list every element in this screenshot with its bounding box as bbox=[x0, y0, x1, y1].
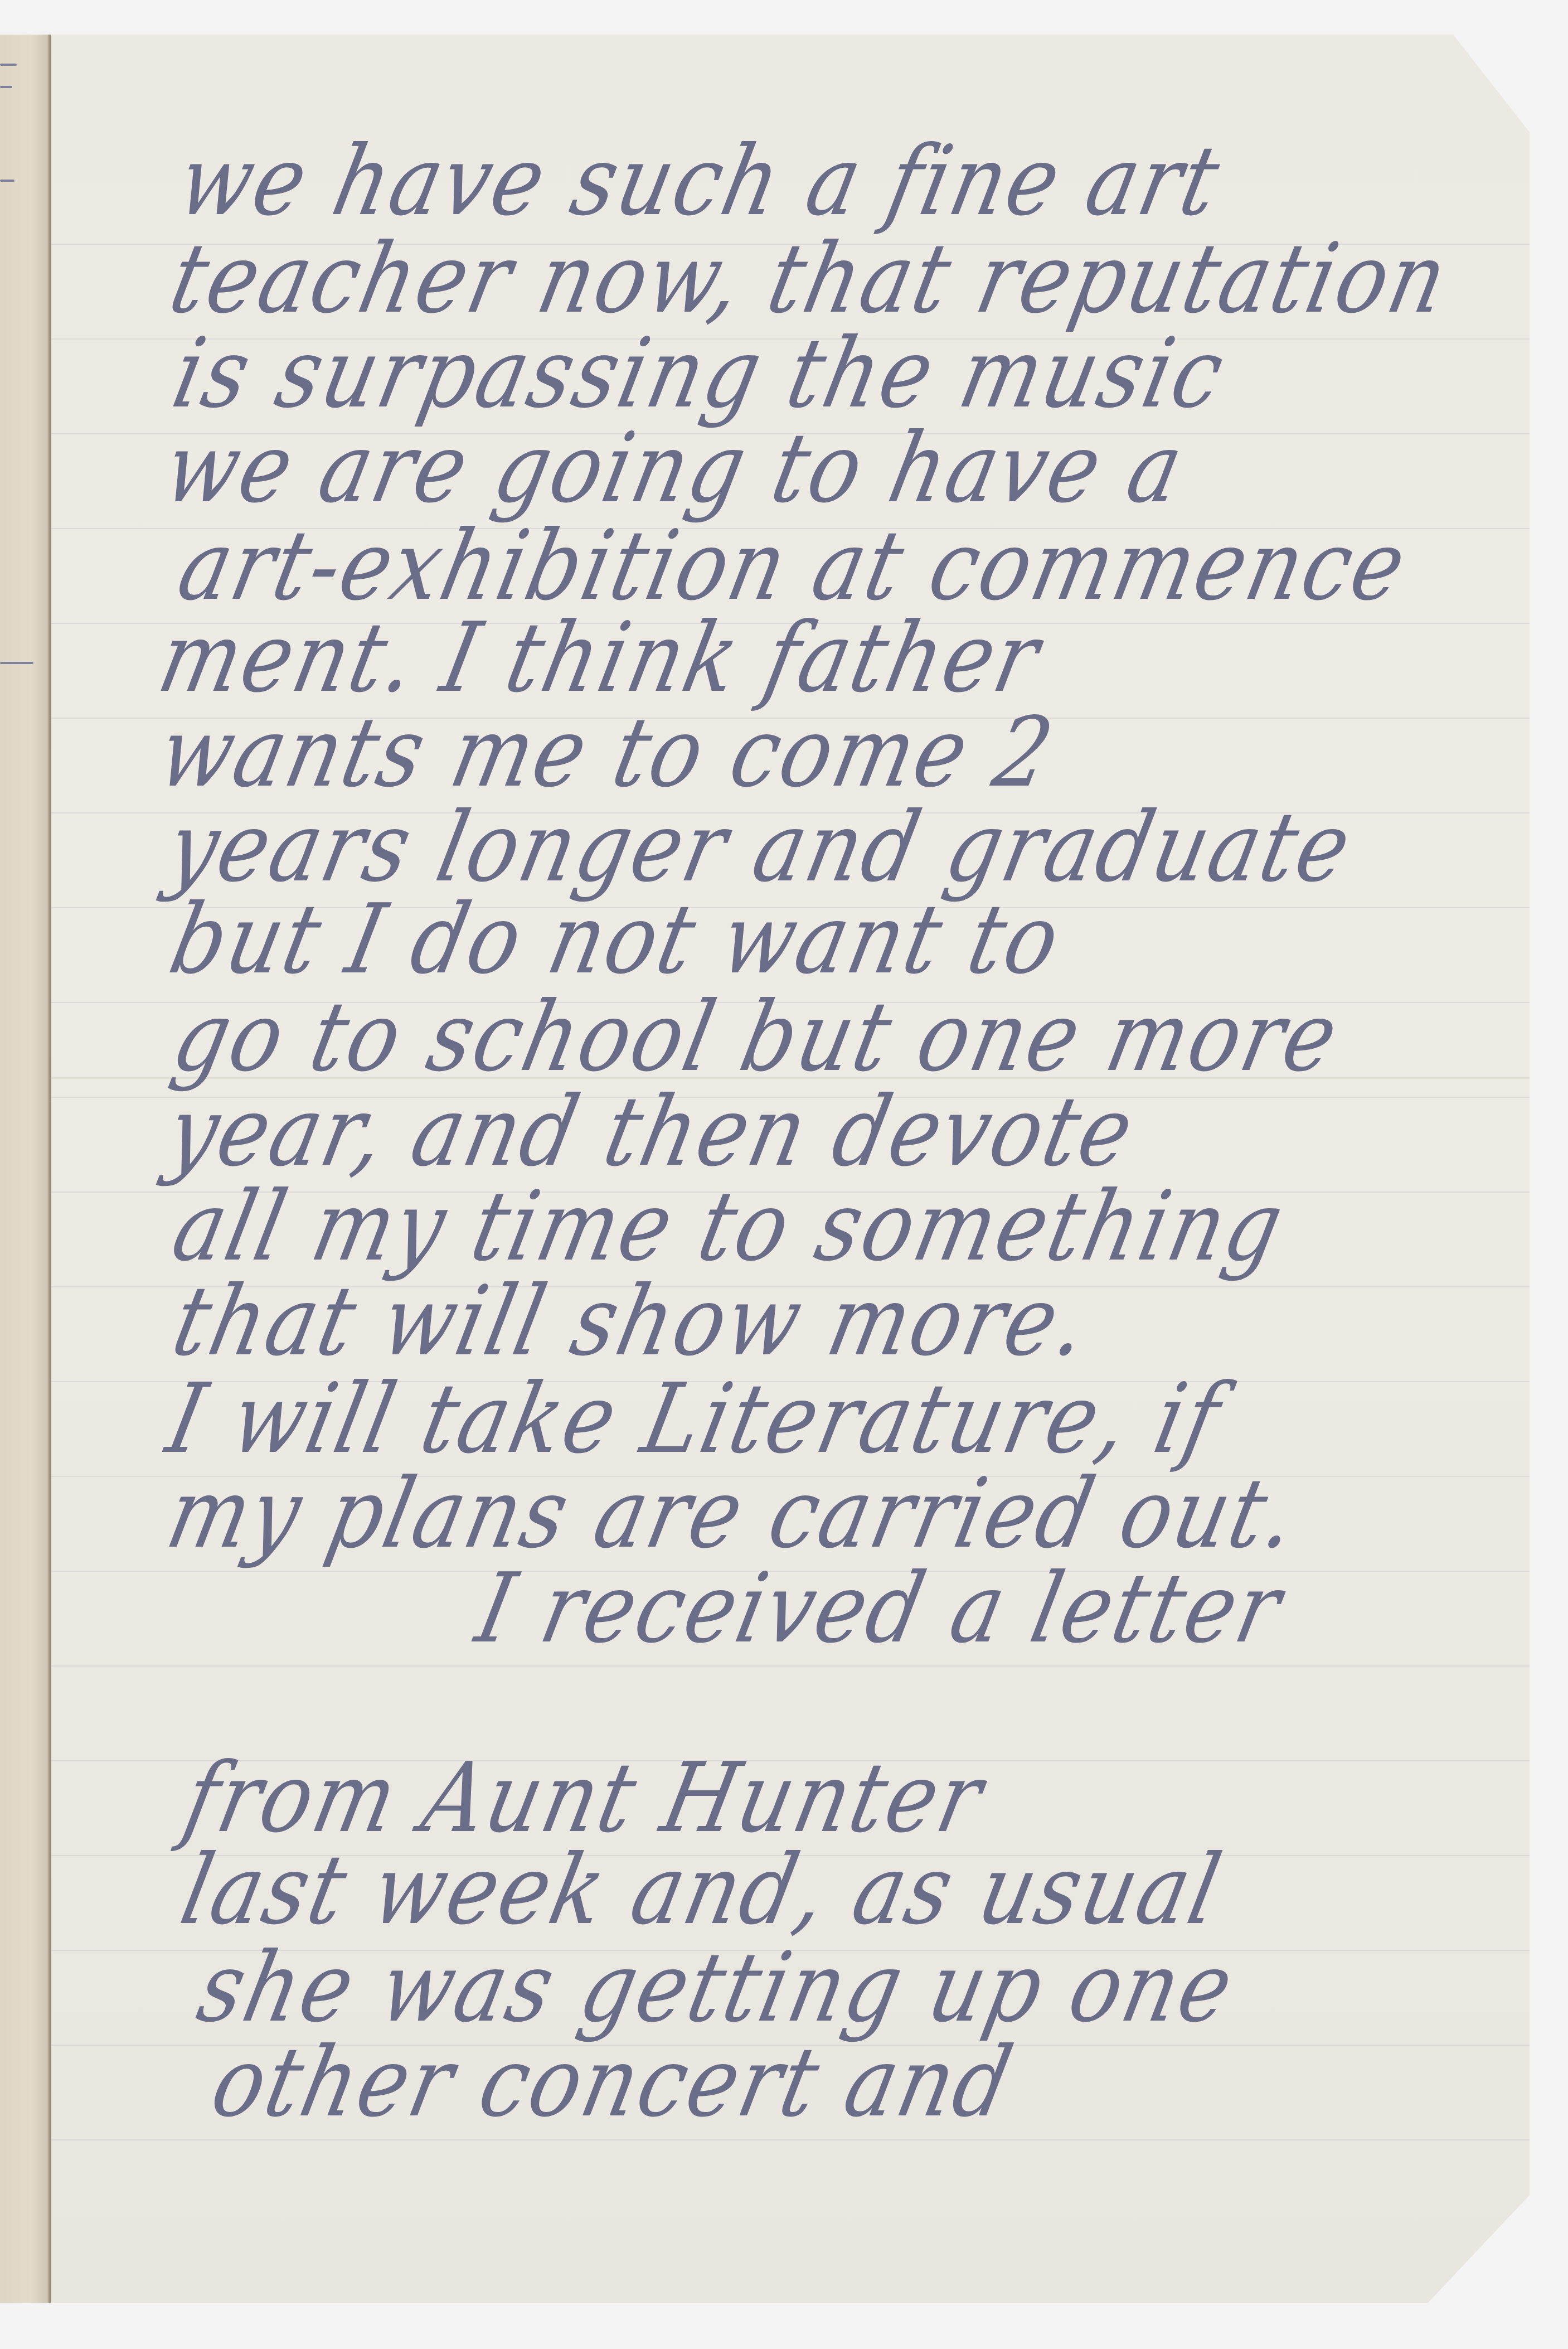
handwriting-line: I will take Literature, if bbox=[160, 1372, 1230, 1468]
ink-stroke bbox=[0, 180, 14, 182]
handwriting-line: go to school but one more bbox=[166, 990, 1347, 1086]
handwriting-line: but I do not want to bbox=[163, 892, 1069, 989]
handwriting-line: wants me to come 2 bbox=[152, 705, 1062, 802]
handwriting-line: other concert and bbox=[205, 2035, 1021, 2132]
handwriting-line: we have such a fine art bbox=[171, 134, 1229, 230]
handwriting-line: teacher now, that reputation bbox=[163, 231, 1457, 328]
handwriting-line: year, and then devote bbox=[160, 1084, 1143, 1181]
ruled-line bbox=[51, 1665, 1530, 1667]
handwriting-line: I received a letter bbox=[469, 1561, 1290, 1658]
handwriting-line: my plans are carried out. bbox=[160, 1466, 1306, 1563]
handwriting-line: all my time to something bbox=[166, 1179, 1292, 1276]
handwriting-line: is surpassing the music bbox=[166, 326, 1233, 423]
handwriting-line: from Aunt Hunter bbox=[177, 1751, 992, 1847]
handwriting-line: we are going to have a bbox=[157, 421, 1192, 517]
ink-stroke bbox=[0, 86, 12, 88]
ink-stroke bbox=[0, 64, 17, 66]
handwriting-line: she was getting up one bbox=[191, 1940, 1242, 2037]
handwriting-line: years longer and graduate bbox=[160, 800, 1360, 897]
ruled-line bbox=[51, 2139, 1530, 2140]
handwriting-line: last week and, as usual bbox=[174, 1843, 1230, 1939]
letter-page: we have such a fine art teacher now, tha… bbox=[51, 35, 1530, 2303]
ink-stroke bbox=[0, 662, 33, 664]
adjacent-page-edge bbox=[0, 35, 51, 2303]
handwriting-line: that will show more. bbox=[166, 1274, 1098, 1370]
handwriting-line: ment. I think father bbox=[152, 611, 1048, 707]
handwriting-line: art-exhibition at commence bbox=[171, 519, 1415, 615]
